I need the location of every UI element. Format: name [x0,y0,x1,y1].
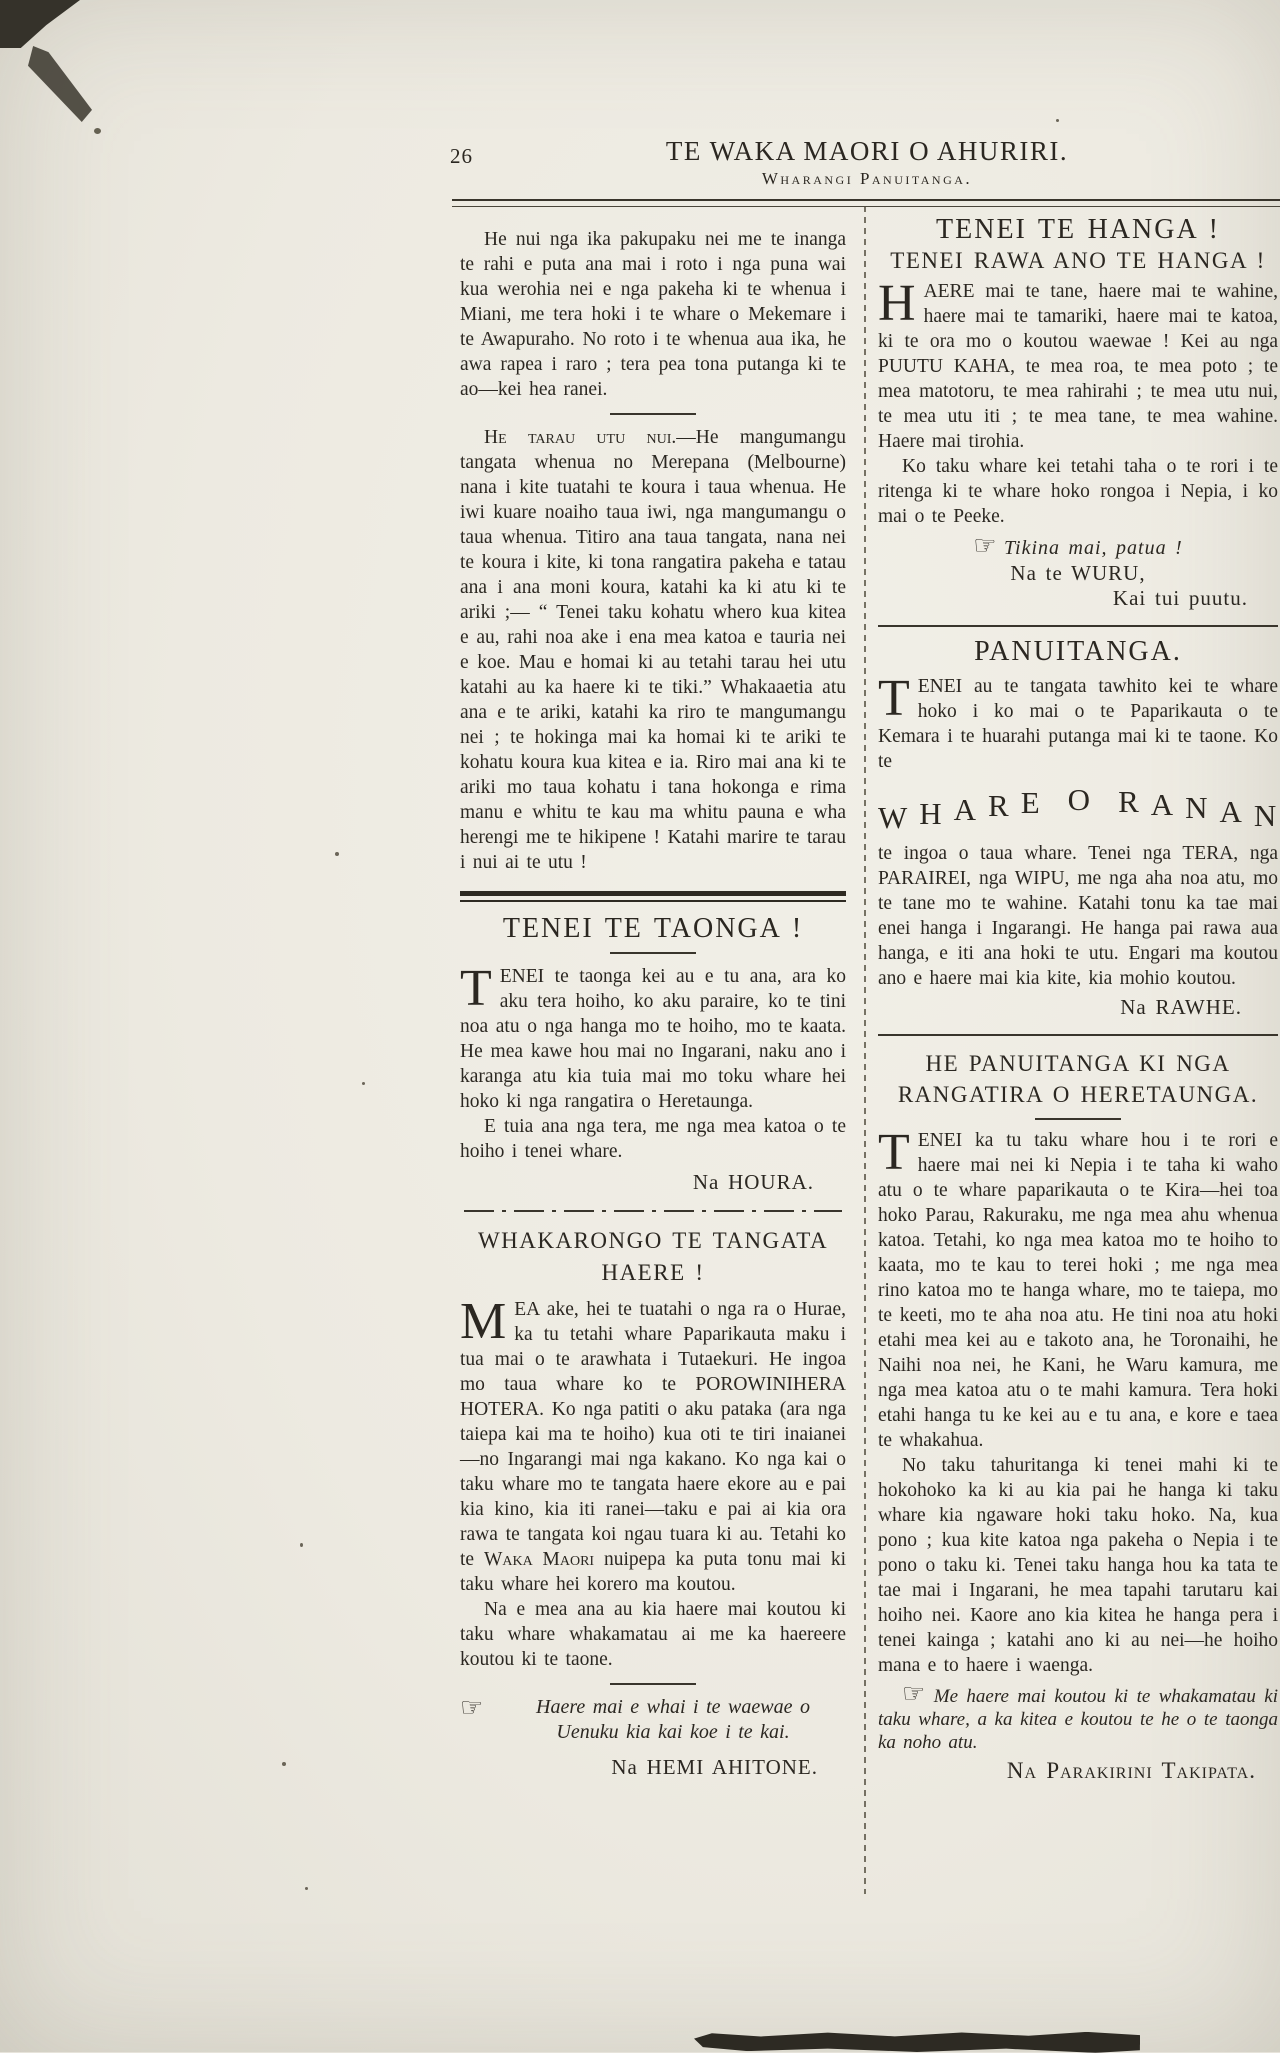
paper-speck [335,852,339,856]
paragraph-body: ENEI ka tu taku whare hou i te rori e ha… [878,1130,1278,1451]
pointing-hand-icon: ☞ [902,1679,925,1708]
ad-paragraph: MEA ake, hei te tuatahi o nga ra o Hurae… [460,1297,846,1597]
ad-paragraph: TENEI ka tu taku whare hou i te rori e h… [878,1128,1278,1453]
column-divider [864,206,866,1894]
signature: Na te WURU, [878,561,1278,586]
full-rule [878,625,1278,627]
drop-cap: T [878,1132,910,1173]
left-column: He nui nga ika pakupaku nei me te inanga… [460,215,846,1780]
ad-subheading-hanga: TENEI RAWA ANO TE HANGA ! [878,248,1278,273]
news-paragraph-trousers: He tarau utu nui.—He mangumangu tangata … [460,425,846,875]
ad-paragraph: Ko taku whare kei tetahi taha o te rori … [878,454,1278,529]
corner-ink-streak [28,46,92,122]
ad-paragraph: E tuia ana nga tera, me nga mea katoa o … [460,1114,846,1164]
ad-heading-heretaunga: HE PANUITANGA KI NGA RANGATIRA O HERETAU… [878,1048,1278,1110]
signature: Na HEMI AHITONE. [460,1755,846,1780]
ad-heading-hanga: TENEI TE HANGA ! [878,217,1278,242]
paper-speck [305,1887,308,1890]
italic-notice: ☞ Me haere mai koutou ki te whakamatau k… [878,1682,1278,1754]
short-rule [610,413,696,415]
newspaper-name-smallcaps: Waka Maori [484,1549,594,1570]
corner-ink-artifact [0,0,80,48]
newspaper-page: 26 TE WAKA MAORI O AHURIRI. Wharangi Pan… [0,0,1280,2052]
right-column: TENEI TE HANGA ! TENEI RAWA ANO TE HANGA… [878,215,1278,1783]
masthead-subtitle: Wharangi Panuitanga. [455,169,1279,189]
paragraph-body: AERE mai te tane, haere mai te wahine, h… [878,281,1278,452]
signature: Na RAWHE. [878,995,1278,1020]
shop-name-display: WHARE O RANANA [878,796,1278,821]
ad-paragraph: te ingoa o taua whare. Tenei nga TERA, n… [878,841,1278,991]
drop-cap: M [460,1301,506,1342]
ad-heading-panuitanga: PANUITANGA. [878,639,1278,664]
paragraph-body: ENEI te taonga kei au e tu ana, ara ko a… [460,966,846,1112]
short-rule [610,1683,696,1685]
short-rule [1035,1118,1121,1120]
italic-notice: ☞ Haere mai e whai i te waewae o Uenuku … [460,1695,846,1745]
italic-notice-line: ☞ Tikina mai, patua ! [878,533,1278,561]
ad-paragraph: TENEI au te tangata tawhito kei te whare… [878,674,1278,774]
ad-paragraph: TENEI te taonga kei au e tu ana, ara ko … [460,964,846,1114]
ink-dot [94,128,101,134]
ad-paragraph: Na e mea ana au kia haere mai koutou ki … [460,1597,846,1672]
signature: Na Parakirini Takipata. [878,1758,1278,1783]
news-paragraph-fish: He nui nga ika pakupaku nei me te inanga… [460,227,846,402]
paragraph-body: ENEI au te tangata tawhito kei te whare … [878,676,1278,772]
pointing-hand-icon: ☞ [460,1695,483,1720]
paper-speck [1056,119,1059,122]
paper-speck [282,1762,286,1766]
paper-speck [362,1082,365,1085]
pointing-hand-icon: ☞ [973,531,996,560]
drop-cap: T [460,968,492,1009]
ad-paragraph: HAERE mai te tane, haere mai te wahine, … [878,279,1278,454]
signature-role: Kai tui puutu. [878,586,1278,611]
paragraph-body: EA ake, hei te tuatahi o nga ra o Hurae,… [460,1299,846,1570]
short-rule [610,952,696,954]
paper-speck [300,1543,303,1547]
masthead-title: TE WAKA MAORI O AHURIRI. [455,136,1279,167]
drop-cap: H [878,283,916,324]
signature: Na HOURA. [460,1170,846,1195]
ad-paragraph: No taku tahuritanga ki tenei mahi ki te … [878,1453,1278,1678]
paragraph-body: —He mangumangu tangata whenua no Merepan… [460,427,846,873]
paragraph-lead-smallcaps: He tarau utu nui. [484,427,676,448]
section-heading-taonga: TENEI TE TAONGA ! [460,916,846,941]
section-heading-whakarongo: WHAKARONGO TE TANGATA HAERE ! [460,1225,846,1289]
full-rule [878,1034,1278,1036]
bottom-ink-smudge [694,2030,1140,2052]
notice-text: Tikina mai, patua ! [1004,537,1183,559]
heavy-double-rule [460,891,846,902]
notice-text: Haere mai e whai i te waewae o Uenuku ki… [518,1695,828,1745]
notice-text: Me haere mai koutou ki te whakamatau ki … [878,1686,1278,1753]
header-rule [452,199,1280,207]
dashed-rule [464,1210,842,1212]
drop-cap: T [878,678,910,719]
